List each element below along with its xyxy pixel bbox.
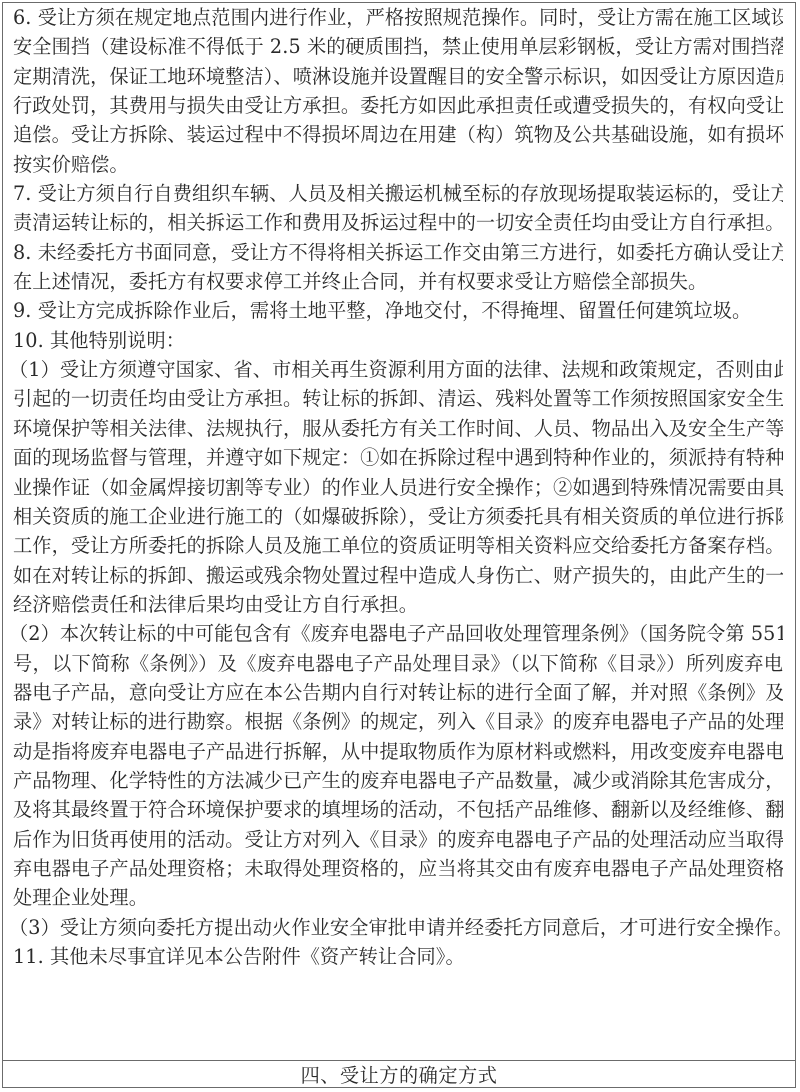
text-line: （3）受让方须向委托方提出动火作业安全审批申请并经委托方同意后，才可进行安全操作… — [9, 913, 783, 942]
text-line: 录》对转让标的进行勘察。根据《条例》的规定，列入《目录》的废弃电器电子产品的处理… — [13, 707, 783, 736]
text-line: 在上述情况，委托方有权要求停工并终止合同，并有权要求受让方赔偿全部损失。 — [13, 267, 783, 296]
text-line: （1）受让方须遵守国家、省、市相关再生资源利用方面的法律、法规和政策规定，否则由… — [9, 355, 783, 384]
text-line: 6. 受让方须在规定地点范围内进行作业，严格按照规范操作。同时，受让方需在施工区… — [13, 3, 783, 32]
terms-body-cell: 6. 受让方须在规定地点范围内进行作业，严格按照规范操作。同时，受让方需在施工区… — [3, 3, 795, 1060]
text-line: 产品物理、化学特性的方法减少已产生的废弃电器电子产品数量，减少或消除其危害成分，… — [13, 766, 783, 795]
section-heading: 四、受让方的确定方式 — [301, 1061, 498, 1088]
text-line: （2）本次转让标的中可能包含有《废弃电器电子产品回收处理管理条例》（国务院令第 … — [9, 619, 783, 648]
text-line: 器电子产品，意向受让方应在本公告期内自行对转让标的进行全面了解，并对照《条例》及… — [13, 678, 783, 707]
text-line: 7. 受让方须自行自费组织车辆、人员及相关搬运机械至标的存放现场提取装运标的，受… — [13, 179, 783, 208]
text-line: 面的现场监督与管理，并遵守如下规定：①如在拆除过程中遇到特种作业的，须派持有特种… — [13, 443, 783, 472]
text-line: 10. 其他特别说明： — [13, 326, 783, 355]
text-line: 号，以下简称《条例》）及《废弃电器电子产品处理目录》（以下简称《目录》）所列废弃… — [13, 649, 783, 678]
text-line: 相关资质的施工企业进行施工的（如爆破拆除），受让方须委托具有相关资质的单位进行拆… — [13, 502, 783, 531]
text-line: 环境保护等相关法律、法规执行，服从委托方有关工作时间、人员、物品出入及安全生产等… — [13, 414, 783, 443]
text-line: 11. 其他未尽事宜详见本公告附件《资产转让合同》。 — [13, 942, 783, 971]
text-line: 定期清洗，保证工地环境整洁）、喷淋设施并设置醒目的安全警示标识，如因受让方原因造… — [13, 62, 783, 91]
text-line: 8. 未经委托方书面同意，受让方不得将相关拆运工作交由第三方进行，如委托方确认受… — [13, 238, 783, 267]
text-line: 及将其最终置于符合环境保护要求的填埋场的活动，不包括产品维修、翻新以及经维修、翻… — [13, 795, 783, 824]
text-line: 业操作证（如金属焊接切割等专业）的作业人员进行安全操作；②如遇到特殊情况需要由具… — [13, 473, 783, 502]
text-line: 动是指将废弃电器电子产品进行拆解，从中提取物质作为原材料或燃料，用改变废弃电器电… — [13, 737, 783, 766]
text-line: 行政处罚，其费用与损失由受让方承担。委托方如因此承担责任或遭受损失的，有权向受让… — [13, 91, 783, 120]
text-line: 后作为旧货再使用的活动。受让方对列入《目录》的废弃电器电子产品的处理活动应当取得… — [13, 825, 783, 854]
document-table: 6. 受让方须在规定地点范围内进行作业，严格按照规范操作。同时，受让方需在施工区… — [2, 2, 796, 1088]
text-line: 工作，受让方所委托的拆除人员及施工单位的资质证明等相关资料应交给委托方备案存档。… — [13, 531, 783, 560]
text-line: 追偿。受让方拆除、装运过程中不得损坏周边在用建（构）筑物及公共基础设施，如有损坏… — [13, 120, 783, 149]
text-line: 如在对转让标的拆卸、搬运或残余物处置过程中造成人身伤亡、财产损失的，由此产生的一… — [13, 561, 783, 590]
text-line: 处理企业处理。 — [13, 883, 783, 912]
text-line: 9. 受让方完成拆除作业后，需将土地平整，净地交付，不得掩埋、留置任何建筑垃圾。 — [13, 296, 783, 325]
text-line: 引起的一切责任均由受让方承担。转让标的拆卸、清运、残料处置等工作须按照国家安全生… — [13, 384, 783, 413]
text-line: 责清运转让标的，相关拆运工作和费用及拆运过程中的一切安全责任均由受让方自行承担。 — [13, 208, 783, 237]
section-heading-row: 四、受让方的确定方式 — [3, 1060, 795, 1087]
text-line: 弃电器电子产品处理资格；未取得处理资格的，应当将其交由有废弃电器电子产品处理资格… — [13, 854, 783, 883]
text-line: 按实价赔偿。 — [13, 150, 783, 179]
text-line: 经济赔偿责任和法律后果均由受让方自行承担。 — [13, 590, 783, 619]
text-line: 安全围挡（建设标准不得低于 2.5 米的硬质围挡，禁止使用单层彩钢板，受让方需对… — [13, 32, 783, 61]
